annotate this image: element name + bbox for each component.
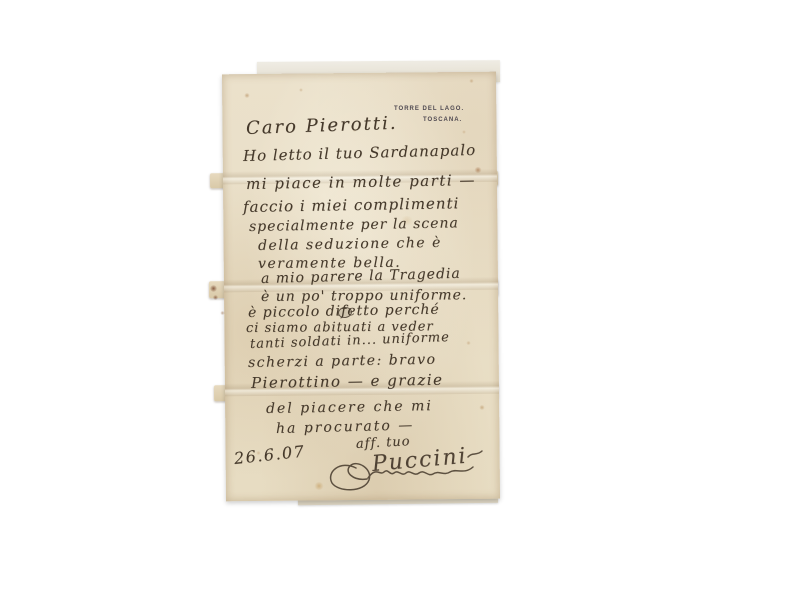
handwritten-line: della seduzione che è [258, 235, 442, 254]
letterhead-place: TORRE DEL LAGO. [394, 106, 464, 112]
foxing-spot [479, 405, 485, 410]
foxing-spot [462, 130, 466, 134]
foxing-spot [220, 311, 225, 315]
foxing-spot [299, 88, 303, 92]
letterhead-region: TOSCANA. [423, 117, 462, 123]
foxing-spot [466, 341, 471, 345]
photo-background: TORRE DEL LAGO. TOSCANA. Caro Pierotti. … [0, 0, 800, 600]
foxing-spot [244, 93, 250, 98]
foxing-spot [469, 79, 474, 83]
handwritten-line: faccio i miei complimenti [243, 194, 460, 216]
foxing-spot [210, 285, 217, 292]
handwritten-line: Pierottino — e grazie [251, 371, 444, 392]
handwritten-line: del piacere che mi [266, 398, 433, 417]
handwritten-line: scherzi a parte: bravo [248, 352, 437, 371]
foxing-spot [213, 295, 218, 300]
